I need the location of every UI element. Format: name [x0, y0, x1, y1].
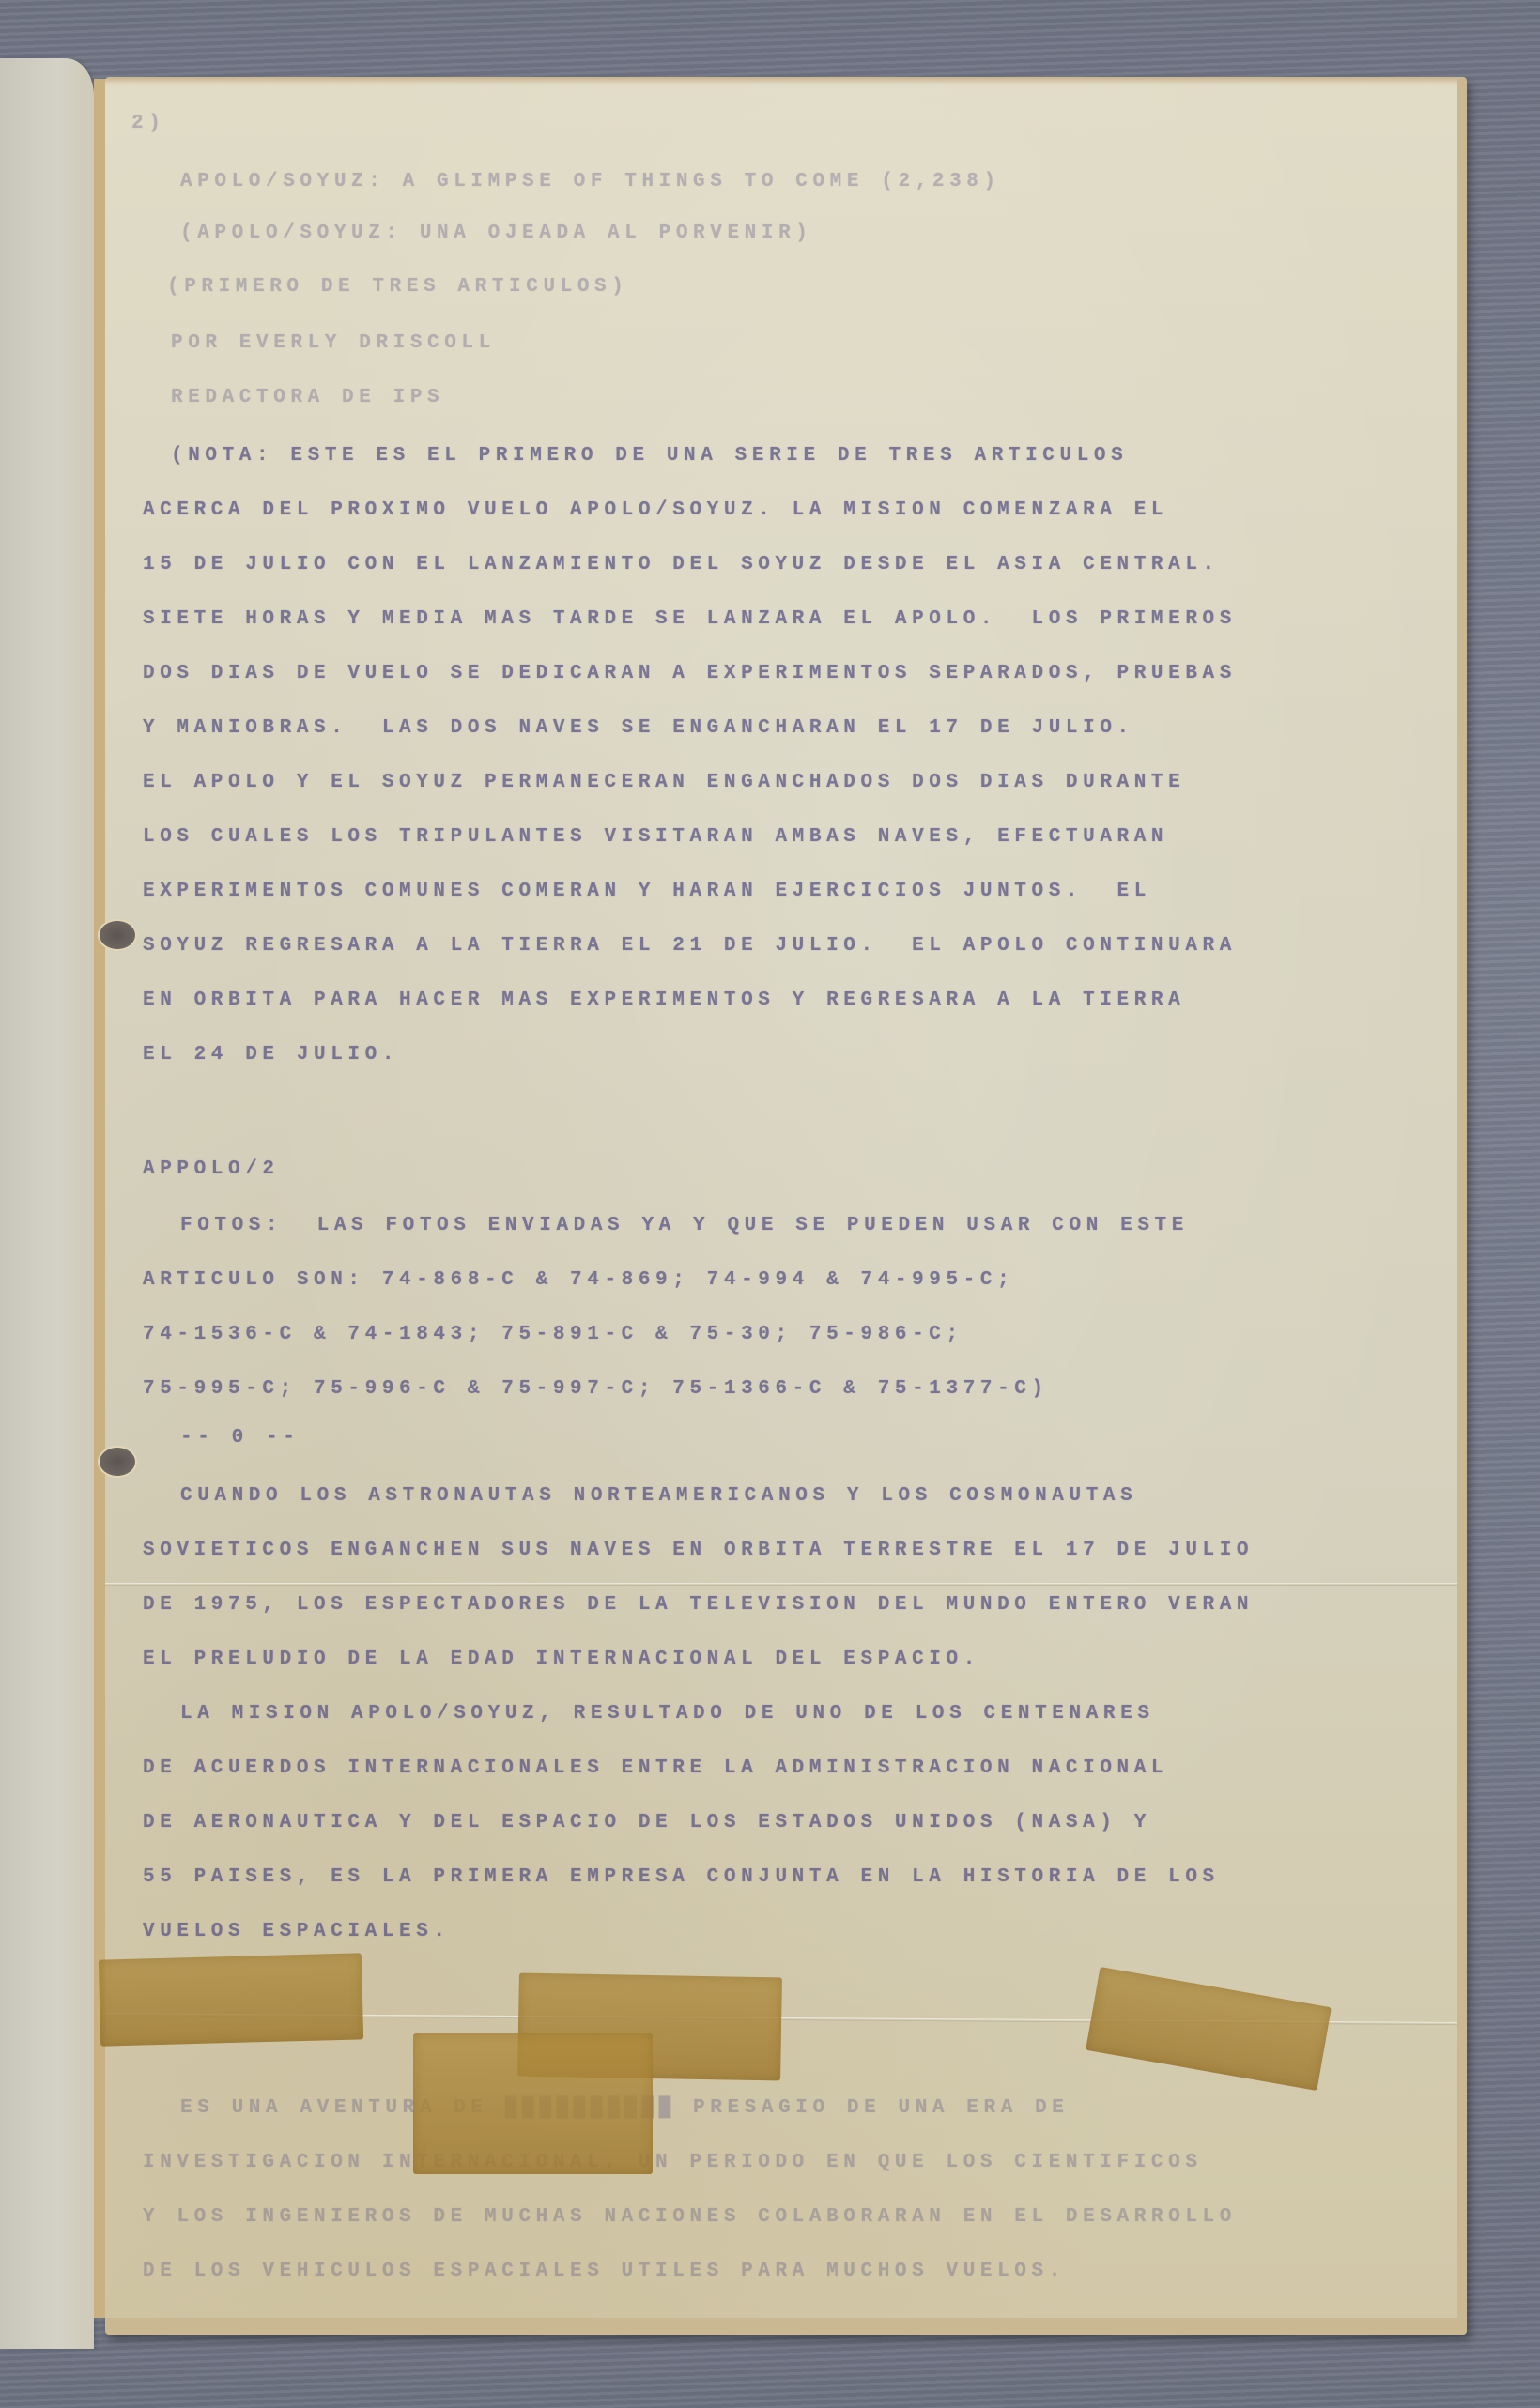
section-separator: -- 0 -- [180, 1427, 300, 1449]
punch-hole-top [100, 921, 135, 949]
tape-strip-left [99, 1953, 363, 2046]
series-note: (PRIMERO DE TRES ARTICULOS) [167, 276, 628, 298]
left-facing-page [0, 58, 94, 2349]
byline-role: REDACTORA DE IPS [171, 387, 444, 408]
punch-hole-bottom [100, 1448, 135, 1476]
byline: POR EVERLY DRISCOLL [171, 332, 496, 354]
story-slug: APOLO/SOYUZ: A GLIMPSE OF THINGS TO COME… [180, 171, 1001, 192]
tape-strip-right [1086, 1967, 1332, 2091]
fold-line-upper [105, 1583, 1457, 1586]
page-marker: 2) [131, 113, 165, 134]
tape-strip-center-lower [413, 2033, 653, 2174]
story-slug-translation: (APOLO/SOYUZ: UNA OJEADA AL PORVENIR) [180, 222, 812, 244]
typewritten-page: 2) APOLO/SOYUZ: A GLIMPSE OF THINGS TO C… [94, 79, 1457, 2318]
section-slug: APPOLO/2 [143, 1158, 280, 1180]
